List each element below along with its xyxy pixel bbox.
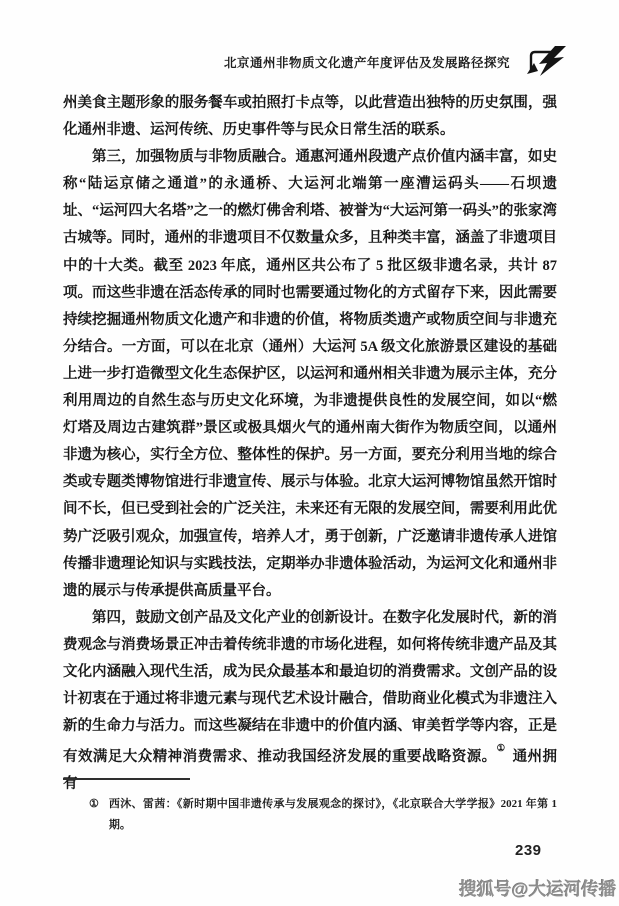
footnote-marker: ① [89,794,99,835]
publisher-logo-icon [522,44,568,78]
paragraph-third-point: 第三，加强物质与非物质融合。通惠河通州段遗产点价值内涵丰富，如史称“陆运京储之通… [63,144,557,605]
document-page: 北京通州非物质文化遗产年度评估及发展路径探究 州美食主题形象的服务餐车或拍照打卡… [0,0,619,906]
page-number: 239 [515,842,542,859]
running-head-title: 北京通州非物质文化遗产年度评估及发展路径探究 [224,53,510,71]
paragraph-continuation: 州美食主题形象的服务餐车或拍照打卡点等，以此营造出独特的历史氛围，强化通州非遗、… [63,90,557,144]
footnote-text: 西沐、雷茜：《新时期中国非遗传承与发展观念的探讨》，《北京联合大学学报》2021… [109,794,557,835]
footnote-separator [63,778,190,780]
paragraph-text: 第四，鼓励文创产品及文化产业的创新设计。在数字化发展时代，新的消费观念与消费场景… [63,610,557,765]
body-text: 州美食主题形象的服务餐车或拍照打卡点等，以此营造出独特的历史氛围，强化通州非遗、… [63,90,557,798]
watermark-sohu: 搜狐号@大运河传播 [459,876,616,901]
paragraph-fourth-point: 第四，鼓励文创产品及文化产业的创新设计。在数字化发展时代，新的消费观念与消费场景… [63,605,557,798]
footnote: ① 西沐、雷茜：《新时期中国非遗传承与发展观念的探讨》，《北京联合大学学报》20… [89,794,557,835]
footnote-reference-mark: ① [497,744,506,754]
